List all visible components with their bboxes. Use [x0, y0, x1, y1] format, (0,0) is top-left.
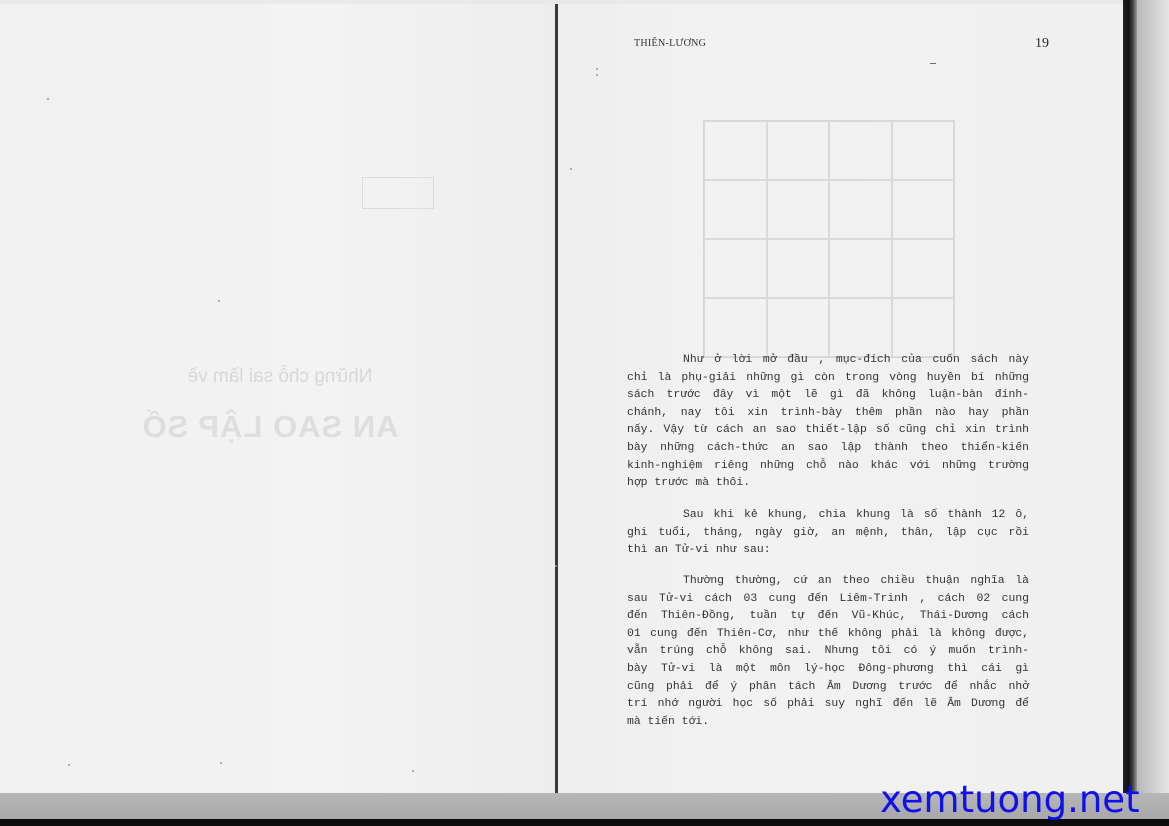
- bleed-through-box: [362, 177, 434, 209]
- text-line: bày những cách-thức an sao lập thành the…: [627, 440, 1029, 458]
- scan-speck: [218, 300, 220, 302]
- text-line: 01 cung đến Thiên-Cơ, như thế không phải…: [627, 626, 1029, 644]
- scanner-background: [1137, 0, 1169, 800]
- text-line: mà tiến tới.: [627, 714, 1029, 732]
- text-line: sách trước đây vì một lẽ gì đã không luậ…: [627, 387, 1029, 405]
- left-page: Những chỗ sai lầm về AN SAO LẬP SỐ: [0, 4, 556, 793]
- page-number: 19: [1035, 36, 1049, 52]
- text-line: đến Thiên-Đồng, tuần tự đến Vũ-Khúc, Thá…: [627, 608, 1029, 626]
- scan-speck: [68, 764, 70, 766]
- text-line: ghi tuổi, tháng, ngày giờ, an mệnh, thân…: [627, 525, 1029, 543]
- text-line: hợp trước mà thôi.: [627, 475, 1029, 493]
- scan-speck: [555, 565, 557, 567]
- text-line: Thường thường, cứ an theo chiều thuận ng…: [627, 573, 1029, 591]
- scan-speck: [47, 98, 49, 100]
- paragraph-2: Sau khi kẻ khung, chia khung là số thành…: [627, 507, 1029, 560]
- text-line: trí nhớ người học số phải suy nghĩ đến l…: [627, 696, 1029, 714]
- scan-speck: [596, 74, 598, 76]
- text-line: vẫn trúng chỗ không sai. Nhưng tôi có ý …: [627, 643, 1029, 661]
- scan-speck: [596, 68, 598, 70]
- scan-speck: [220, 762, 222, 764]
- page-edge-shadow: [1123, 0, 1137, 800]
- paragraph-3: Thường thường, cứ an theo chiều thuận ng…: [627, 573, 1029, 731]
- text-line: bày Tử-vi là một môn lý-học Đông-phương …: [627, 661, 1029, 679]
- text-line: nấy. Vậy từ cách an sao thiết-lập số cũn…: [627, 422, 1029, 440]
- scan-speck: [412, 770, 414, 772]
- text-line: chánh, nay tôi xin trình-bày thêm phần n…: [627, 405, 1029, 423]
- bleed-through-title: AN SAO LẬP SỐ: [130, 409, 410, 445]
- scan-speck: [930, 63, 936, 64]
- text-line: sau Tử-vi cách 03 cung đến Liêm-Trinh , …: [627, 591, 1029, 609]
- running-head: THIÊN-LƯƠNG: [634, 38, 706, 49]
- paragraph-1: Như ở lời mở đầu , mục-đích của cuốn sác…: [627, 352, 1029, 493]
- text-line: chỉ là phụ-giải những gì còn trong vòng …: [627, 370, 1029, 388]
- watermark-link[interactable]: xemtuong.net: [880, 778, 1140, 822]
- scan-speck: [570, 168, 572, 170]
- bleed-through-table: [703, 120, 955, 358]
- text-line: thì an Tử-vi như sau:: [627, 542, 1029, 560]
- text-line: kinh-nghiệm riêng những chỗ nào khác với…: [627, 458, 1029, 476]
- bleed-through-subtitle: Những chỗ sai lầm về: [150, 366, 410, 388]
- scanned-book-spread: Những chỗ sai lầm về AN SAO LẬP SỐ THIÊN…: [0, 0, 1169, 826]
- text-line: cũng phải để ý phân tách Âm Dương trước …: [627, 679, 1029, 697]
- text-line: Như ở lời mở đầu , mục-đích của cuốn sác…: [627, 352, 1029, 370]
- text-line: Sau khi kẻ khung, chia khung là số thành…: [627, 507, 1029, 525]
